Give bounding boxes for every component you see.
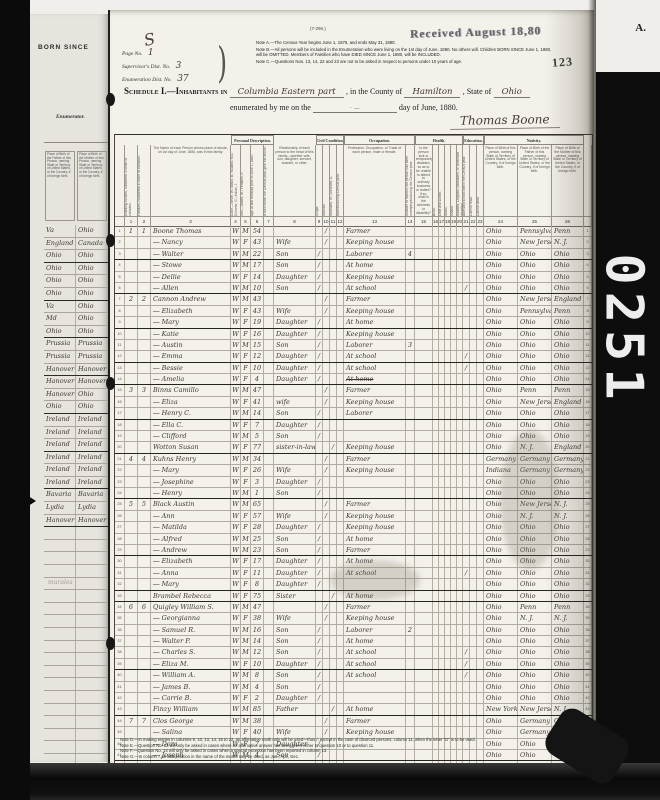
cell-attended-school <box>463 625 470 635</box>
cell-sex: M <box>241 682 251 692</box>
cell-sex: F <box>241 420 251 430</box>
census-row: 41― James B.WM4Son/OhioOhioOhio41 <box>115 682 592 693</box>
cell-birthplace-mother: N. J. <box>552 237 584 247</box>
census-page: (7-296.) Received August 18,80 123 S Pag… <box>108 10 594 765</box>
cell-family <box>138 317 151 327</box>
cell-cannot-read <box>470 568 477 578</box>
cell-birth-month <box>264 591 274 601</box>
cell-line-number: 6 <box>115 283 125 293</box>
cell-family: 6 <box>138 602 151 612</box>
cell-family <box>138 704 151 714</box>
cell-married <box>323 659 330 669</box>
cell-married-census-year <box>337 647 344 657</box>
left-page-row: 32 <box>44 615 108 628</box>
census-row: 37― Walter P.WM14Son/At homeOhioOhioOhio… <box>115 636 592 647</box>
cell-widowed <box>330 226 337 236</box>
cell-line-number: 2 <box>115 237 125 247</box>
cell-family <box>138 511 151 521</box>
cell-name: ― Nancy <box>151 237 231 247</box>
cell-sex: F <box>241 329 251 339</box>
cell-attended-school <box>463 272 470 282</box>
cell-birth-month <box>264 454 274 464</box>
column-header-birth_self: Place of Birth of this person, naming St… <box>484 145 518 217</box>
cell-line-number: 40 <box>115 670 125 680</box>
left-page-row: BavariaBavaria22 <box>44 489 108 502</box>
cell-cannot-write <box>477 397 484 407</box>
cell-dwelling <box>125 397 138 407</box>
cell-relationship: wife <box>274 397 316 407</box>
district-block: Page No. 1 Supervisor's Dist. No. 3 Enum… <box>122 48 232 87</box>
cell-married <box>323 431 330 441</box>
cell-occupation: At home <box>344 317 406 327</box>
cell-single: / <box>316 647 323 657</box>
cell-name: ― Mary <box>151 465 231 475</box>
cell-sex: M <box>241 294 251 304</box>
cell-color: W <box>231 670 241 680</box>
cell-occupation <box>344 693 406 703</box>
cell-sickness <box>415 670 433 680</box>
cell-sex: M <box>241 408 251 418</box>
column-header-name: The Name of each Person whose place of a… <box>151 145 231 217</box>
cell-family <box>138 465 151 475</box>
cell-birthplace-father: Ohio <box>518 625 552 635</box>
group-header-personal-description-: Personal Description. <box>231 135 274 145</box>
left-page-mother-birthplace: Prussia <box>76 338 108 350</box>
left-page-row: OhioOhio5 <box>44 275 108 288</box>
cell-birthplace-father: Germany <box>518 716 552 726</box>
census-row: 6― AllenWM10Son/At school/OhioOhioOhio6 <box>115 283 592 294</box>
cell-occupation: At school <box>344 647 406 657</box>
cell-line-number: 34 <box>115 602 125 612</box>
cell-family <box>138 693 151 703</box>
cell-sickness <box>415 534 433 544</box>
cell-birth-month <box>264 545 274 555</box>
cell-single <box>316 602 323 612</box>
left-page-row: MdOhio8 <box>44 313 108 326</box>
left-page-column-headers: Place of Birth of the Father of this Per… <box>44 142 108 221</box>
cell-cannot-read <box>470 272 477 282</box>
enumerator-label: Enumerator. <box>56 114 108 120</box>
cell-single: / <box>316 636 323 646</box>
cell-occupation <box>344 477 406 487</box>
left-page-mother-birthplace <box>76 678 108 690</box>
cell-attended-school <box>463 306 470 316</box>
cell-color: W <box>231 454 241 464</box>
cell-cannot-read <box>470 329 477 339</box>
cell-birthplace-father: Ohio <box>518 636 552 646</box>
cell-dwelling <box>125 693 138 703</box>
cell-color: W <box>231 317 241 327</box>
binder-hole <box>106 234 115 247</box>
cell-single: / <box>316 374 323 384</box>
cell-color: W <box>231 329 241 339</box>
cell-cannot-write <box>477 294 484 304</box>
cell-months-unemployed <box>406 659 415 669</box>
cell-name: ― Walter P. <box>151 636 231 646</box>
column-header-relationship: Relationship of each person to the head … <box>274 145 316 217</box>
cell-birthplace-mother: Penn <box>552 602 584 612</box>
left-page-mother-birthplace: Ohio <box>76 389 108 401</box>
cell-birth-month <box>264 408 274 418</box>
cell-birth-month <box>264 317 274 327</box>
cell-attended-school <box>463 408 470 418</box>
cell-name: Brambel Rebecca <box>151 591 231 601</box>
page-no-value: 1 <box>148 48 154 58</box>
cell-single <box>316 237 323 247</box>
cell-sex: F <box>241 374 251 384</box>
cell-single <box>316 294 323 304</box>
left-page-father-birthplace: Ohio <box>44 288 76 300</box>
cell-line-number: 9 <box>115 317 125 327</box>
cell-attended-school <box>463 442 470 452</box>
enumerated-suffix: day of June, 1880. <box>399 103 458 112</box>
cell-age: 4 <box>251 374 264 384</box>
cell-cannot-write <box>477 226 484 236</box>
cell-sex: M <box>241 716 251 726</box>
column-header-attended_school: Attended school within the Census year. <box>463 145 470 217</box>
census-row: 16― ElizaWF41wife/Keeping houseOhioNew J… <box>115 397 592 408</box>
cell-married-census-year <box>337 465 344 475</box>
cell-married <box>323 556 330 566</box>
cell-single: / <box>316 431 323 441</box>
left-page-mother-birthplace <box>76 666 108 678</box>
cell-attended-school <box>463 636 470 646</box>
left-page-mother-birthplace <box>76 603 108 615</box>
cell-months-unemployed <box>406 408 415 418</box>
cell-dwelling <box>125 613 138 623</box>
cell-married: / <box>323 499 330 509</box>
cell-relationship: Daughter <box>274 329 316 339</box>
left-page-mother-birthplace: Ireland <box>76 477 108 489</box>
cell-attended-school <box>463 591 470 601</box>
cell-single: / <box>316 249 323 259</box>
cell-cannot-read <box>470 249 477 259</box>
cell-age: 14 <box>251 636 264 646</box>
cell-age: 28 <box>251 522 264 532</box>
cell-widowed <box>330 488 337 498</box>
cell-widowed <box>330 351 337 361</box>
left-page-mother-birthplace <box>76 729 108 741</box>
cell-age: 23 <box>251 545 264 555</box>
cell-sex: M <box>241 625 251 635</box>
cell-single <box>316 454 323 464</box>
cell-months-unemployed: 2 <box>406 625 415 635</box>
left-page-mother-birthplace: Ohio <box>76 225 108 237</box>
cell-married-census-year <box>337 659 344 669</box>
cell-family <box>138 477 151 487</box>
cell-sickness <box>415 602 433 612</box>
cell-single: / <box>316 670 323 680</box>
cell-single: / <box>316 659 323 669</box>
cell-birth-month <box>264 522 274 532</box>
cell-name: ― Eliza <box>151 397 231 407</box>
cell-married: / <box>323 613 330 623</box>
cell-sickness <box>415 385 433 395</box>
cell-sickness <box>415 272 433 282</box>
cell-birthplace-mother: Ohio <box>552 283 584 293</box>
cell-single: / <box>316 693 323 703</box>
cell-single: / <box>316 477 323 487</box>
cell-occupation <box>344 682 406 692</box>
cell-birthplace-mother: Ohio <box>552 272 584 282</box>
cell-line-number: 7 <box>115 294 125 304</box>
cell-single: / <box>316 317 323 327</box>
binder-hole <box>106 637 115 650</box>
cell-birthplace-self: Ohio <box>484 636 518 646</box>
cell-birthplace-mother: Ohio <box>552 579 584 589</box>
cell-married <box>323 408 330 418</box>
cell-attended-school <box>463 522 470 532</box>
census-row: 13― BessieWF10Daughter/At school/OhioOhi… <box>115 363 592 374</box>
left-page-row: 39 <box>44 704 108 717</box>
cell-dwelling <box>125 420 138 430</box>
cell-line-number: 35 <box>115 613 125 623</box>
left-page-father-birthplace: Hanover <box>44 364 76 376</box>
left-page-father-birthplace: Ireland <box>44 464 76 476</box>
cell-attended-school: / <box>463 647 470 657</box>
cell-months-unemployed <box>406 420 415 430</box>
cell-married <box>323 272 330 282</box>
supervisor-value: 3 <box>176 61 182 71</box>
census-row: 8― ElizabethWF43Wife/Keeping houseOhioPe… <box>115 306 592 317</box>
cell-dwelling: 4 <box>125 454 138 464</box>
cell-birth-month <box>264 534 274 544</box>
cell-birthplace-father: Ohio <box>518 659 552 669</box>
cell-dwelling <box>125 329 138 339</box>
cell-line-number: 22 <box>115 465 125 475</box>
cell-dwelling: 6 <box>125 602 138 612</box>
page-notch <box>22 492 36 510</box>
cell-color: W <box>231 477 241 487</box>
cell-married <box>323 488 330 498</box>
cell-name: ― James B. <box>151 682 231 692</box>
cell-cannot-read <box>470 465 477 475</box>
cell-name: ― Ella C. <box>151 420 231 430</box>
cell-relationship: Daughter <box>274 272 316 282</box>
cell-name: Boone Thomas <box>151 226 231 236</box>
cell-single: / <box>316 522 323 532</box>
left-page-mother-birthplace: Hanover <box>76 376 108 388</box>
cell-family <box>138 272 151 282</box>
cell-line-number: 41 <box>115 682 125 692</box>
cell-dwelling <box>125 591 138 601</box>
cell-dwelling <box>125 442 138 452</box>
cell-color: W <box>231 408 241 418</box>
census-row: 38― Charles S.WM12Son/At school/OhioOhio… <box>115 647 592 658</box>
state-label: , State of <box>463 87 492 96</box>
cell-line-number: 21 <box>115 454 125 464</box>
cell-married-census-year <box>337 317 344 327</box>
cell-relationship: Daughter <box>274 659 316 669</box>
cell-married <box>323 420 330 430</box>
cell-color: W <box>231 306 241 316</box>
cell-color: W <box>231 613 241 623</box>
cell-sickness <box>415 613 433 623</box>
cell-married <box>323 283 330 293</box>
left-page-row: 37 <box>44 678 108 691</box>
cell-attended-school <box>463 602 470 612</box>
cell-color: W <box>231 602 241 612</box>
cell-birthplace-father: Ohio <box>518 283 552 293</box>
cell-attended-school <box>463 329 470 339</box>
cell-sex: F <box>241 693 251 703</box>
cell-married-census-year <box>337 363 344 373</box>
cell-birthplace-mother: Ohio <box>552 647 584 657</box>
cell-birthplace-mother: Ohio <box>552 329 584 339</box>
cell-sickness <box>415 556 433 566</box>
left-page-mother-birthplace: Ohio <box>76 301 108 313</box>
cell-cannot-read <box>470 374 477 384</box>
cell-family <box>138 488 151 498</box>
cell-married <box>323 704 330 714</box>
microfilm-scan: BORN SINCE Enumerator. Place of Birth of… <box>0 0 660 800</box>
cell-sickness <box>415 397 433 407</box>
cell-relationship: Son <box>274 249 316 259</box>
cell-dwelling <box>125 260 138 270</box>
cell-cannot-read <box>470 511 477 521</box>
cell-line-number: 1 <box>115 226 125 236</box>
cell-cannot-read <box>470 385 477 395</box>
cell-birth-month <box>264 511 274 521</box>
left-page-father-birthplace: Lydia <box>44 502 76 514</box>
cell-sickness <box>415 408 433 418</box>
cell-single: / <box>316 534 323 544</box>
cell-birthplace-mother: Ohio <box>552 340 584 350</box>
cell-cannot-read <box>470 442 477 452</box>
cell-name: ― William A. <box>151 670 231 680</box>
table-column-numbers: 1234567891011121314151617181920212223242… <box>115 217 592 226</box>
cell-name: ― Georgianna <box>151 613 231 623</box>
cell-married-census-year <box>337 625 344 635</box>
cell-attended-school <box>463 556 470 566</box>
census-row: 722Cannon AndrewWM43/FarmerOhioNew Jerse… <box>115 294 592 305</box>
left-page-mother-birthplace: Ireland <box>76 427 108 439</box>
cell-months-unemployed <box>406 363 415 373</box>
cell-married: / <box>323 602 330 612</box>
cell-sickness <box>415 625 433 635</box>
cell-family <box>138 647 151 657</box>
cell-cannot-read <box>470 408 477 418</box>
cell-age: 85 <box>251 704 264 714</box>
cell-dwelling <box>125 363 138 373</box>
left-page-row: 25 <box>44 527 108 540</box>
cell-widowed <box>330 499 337 509</box>
cell-family <box>138 374 151 384</box>
cell-name: ― Elizabeth <box>151 556 231 566</box>
left-page-row: OhioOhio4 <box>44 263 108 276</box>
left-page-mother-birthplace: Hanover <box>76 364 108 376</box>
cell-sex: M <box>241 602 251 612</box>
cell-birth-month <box>264 659 274 669</box>
cell-months-unemployed <box>406 272 415 282</box>
cell-line-number: 36 <box>115 625 125 635</box>
cell-color: W <box>231 579 241 589</box>
cell-cannot-write <box>477 647 484 657</box>
cell-relationship <box>274 294 316 304</box>
cell-single: / <box>316 420 323 430</box>
cell-months-unemployed <box>406 499 415 509</box>
left-page-row: HanoverHanover12 <box>44 364 108 377</box>
left-page-father-birthplace <box>44 716 76 728</box>
cell-color: W <box>231 499 241 509</box>
cell-married-census-year <box>337 374 344 384</box>
cell-months-unemployed <box>406 260 415 270</box>
cell-birthplace-father: Penn <box>518 602 552 612</box>
cell-single <box>316 511 323 521</box>
cell-birth-month <box>264 237 274 247</box>
cell-birthplace-self: Ohio <box>484 670 518 680</box>
cell-occupation: Keeping house <box>344 397 406 407</box>
cell-sickness <box>415 477 433 487</box>
cell-attended-school <box>463 260 470 270</box>
cell-dwelling <box>125 534 138 544</box>
cell-cannot-read <box>470 283 477 293</box>
cell-widowed <box>330 249 337 259</box>
cell-married-census-year <box>337 237 344 247</box>
cell-name: ― Walter <box>151 249 231 259</box>
left-page-mother-birthplace: Ireland <box>76 439 108 451</box>
census-row: 36― Samuel R.WM16Son/Laborer2OhioOhioOhi… <box>115 625 592 636</box>
left-page-father-birthplace <box>44 691 76 703</box>
cell-color: W <box>231 260 241 270</box>
cell-name: ― Emma <box>151 351 231 361</box>
cell-attended-school <box>463 579 470 589</box>
cell-birthplace-self: Ohio <box>484 283 518 293</box>
cell-cannot-write <box>477 363 484 373</box>
cell-married <box>323 522 330 532</box>
left-page-mother-birthplace: Ohio <box>76 263 108 275</box>
cell-birth-month <box>264 602 274 612</box>
cell-widowed <box>330 408 337 418</box>
cell-sickness <box>415 499 433 509</box>
binder-hole <box>106 93 115 106</box>
cell-months-unemployed <box>406 602 415 612</box>
cell-color: W <box>231 522 241 532</box>
column-header-birth_father: Place of Birth of the Father of this per… <box>518 145 552 217</box>
cell-occupation: At home <box>344 636 406 646</box>
cell-relationship: Father <box>274 704 316 714</box>
cell-birthplace-self: Ohio <box>484 329 518 339</box>
cell-months-unemployed <box>406 716 415 726</box>
left-page-row: IrelandIreland18 <box>44 439 108 452</box>
cell-dwelling <box>125 431 138 441</box>
left-page-father-birthplace <box>44 603 76 615</box>
cell-married-census-year <box>337 420 344 430</box>
cell-birthplace-self: Ohio <box>484 420 518 430</box>
cell-age: 8 <box>251 579 264 589</box>
cell-widowed <box>330 294 337 304</box>
left-page-father-birthplace: Ohio <box>44 401 76 413</box>
cell-dwelling <box>125 306 138 316</box>
cell-dwelling: 1 <box>125 226 138 236</box>
cell-dwelling <box>125 283 138 293</box>
cell-cannot-write <box>477 534 484 544</box>
cell-married <box>323 442 330 452</box>
cell-birthplace-self: Ohio <box>484 397 518 407</box>
cell-married <box>323 351 330 361</box>
cell-single: / <box>316 283 323 293</box>
cell-sickness <box>415 636 433 646</box>
cell-birthplace-self: New York <box>484 704 518 714</box>
cell-sickness <box>415 465 433 475</box>
cell-occupation: Farmer <box>344 499 406 509</box>
cell-age: 65 <box>251 499 264 509</box>
cell-family <box>138 442 151 452</box>
cell-relationship: Son <box>274 260 316 270</box>
cell-married-census-year <box>337 283 344 293</box>
cell-occupation: Keeping house <box>344 329 406 339</box>
cell-dwelling <box>125 351 138 361</box>
